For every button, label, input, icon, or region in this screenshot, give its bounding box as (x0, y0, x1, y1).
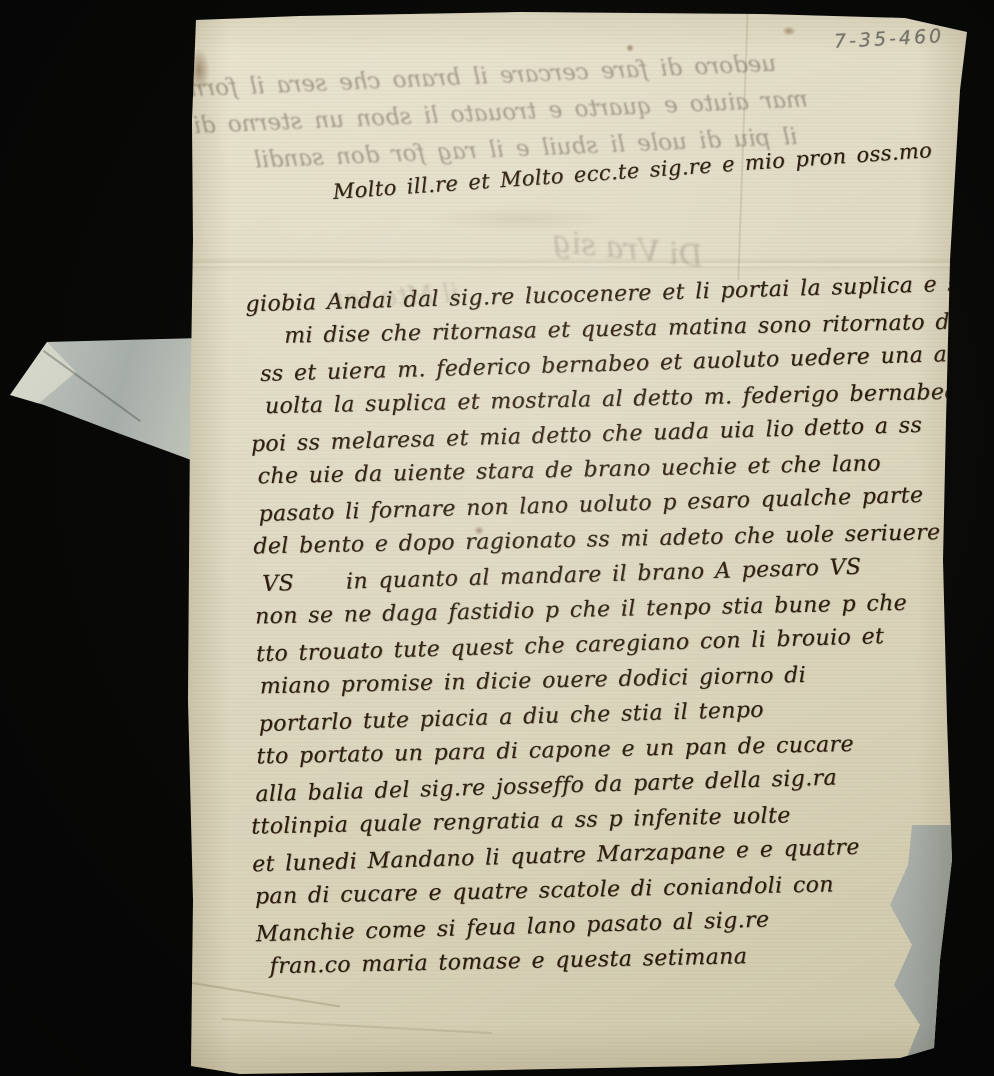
letter-body: giobia Andai dal sig.re lucocenere et li… (238, 269, 961, 986)
fold-crease (222, 1018, 492, 1034)
paper-stain (782, 26, 796, 36)
fold-crease (192, 982, 340, 1007)
manuscript-scan: uedoro di fare cercare il brano che sera… (0, 0, 994, 1076)
paper-sheet: uedoro di fare cercare il brano che sera… (182, 10, 972, 1076)
catalog-number: 7-35-460 (833, 25, 944, 53)
ink-bleedthrough-fragment: Di Vra sig (551, 224, 705, 275)
paper-tab-fold (10, 338, 202, 470)
paper-tab (10, 338, 202, 470)
paper-stain (626, 44, 634, 52)
